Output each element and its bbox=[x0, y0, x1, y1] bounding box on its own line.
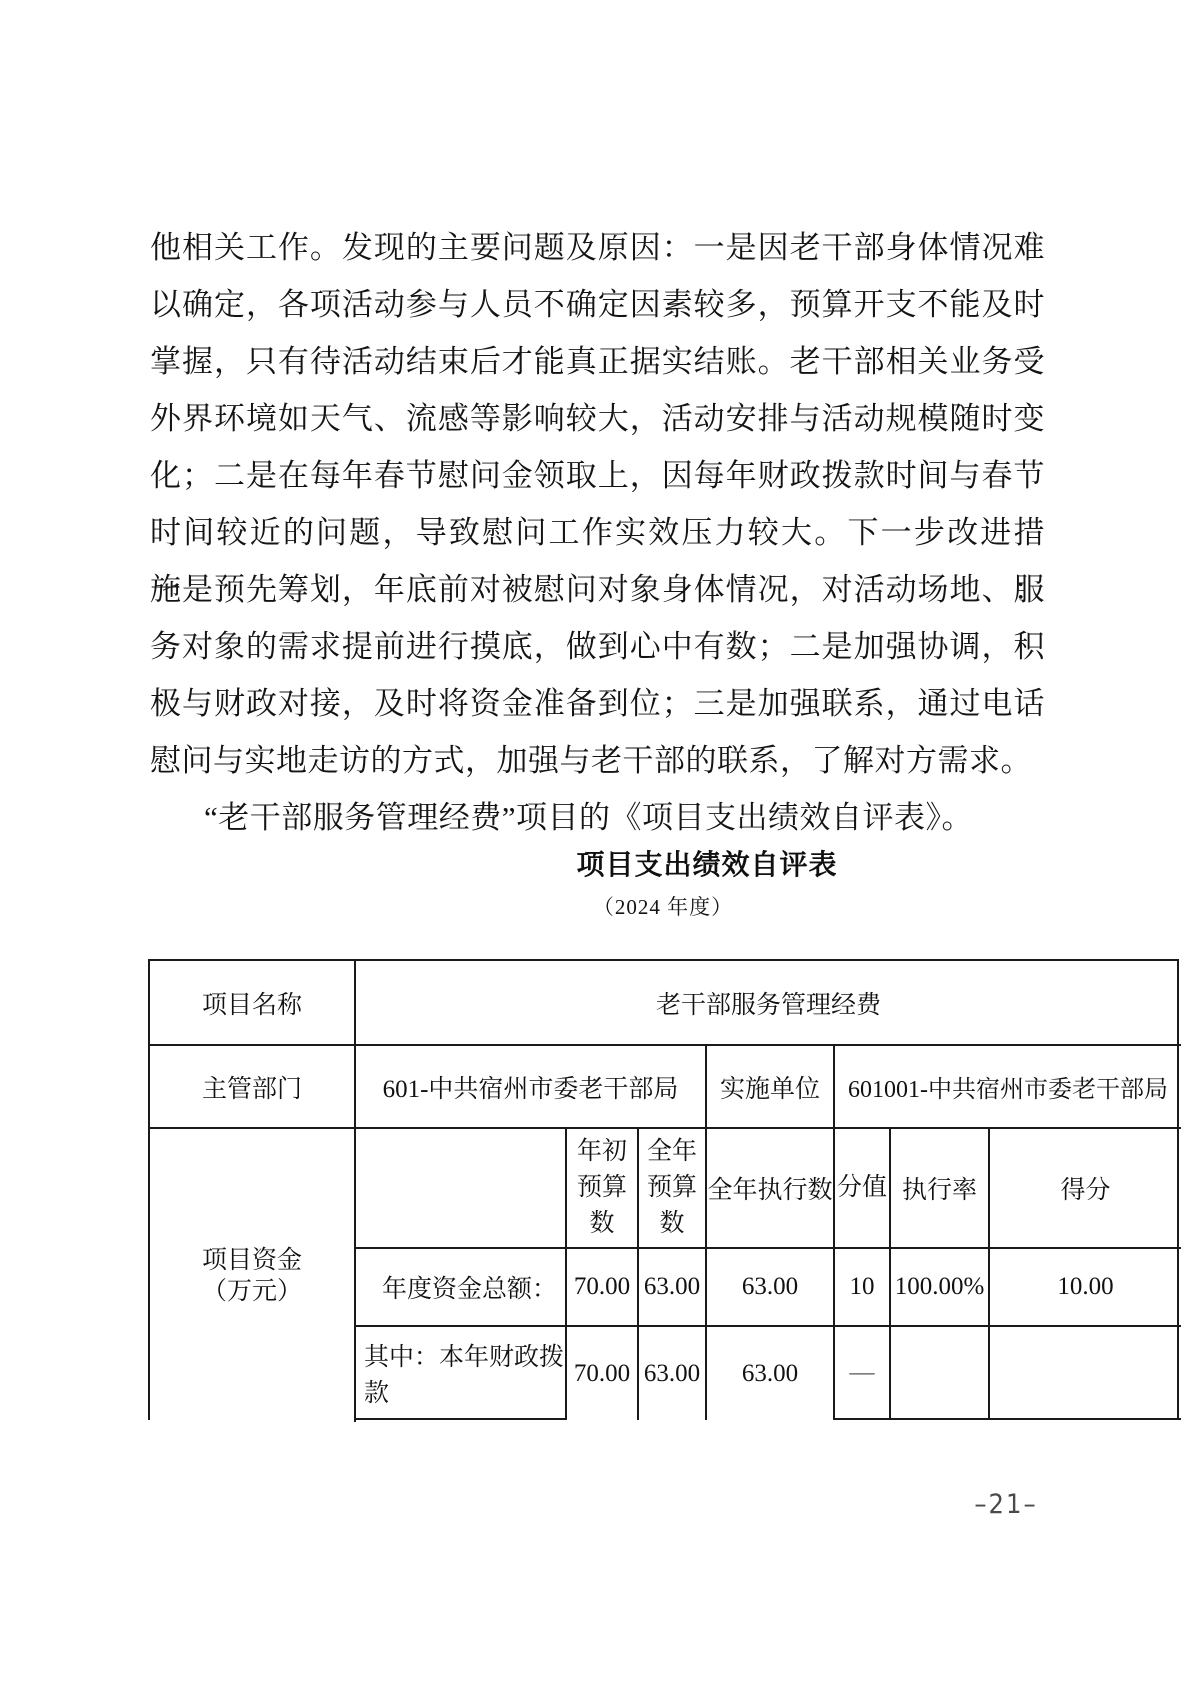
row-fiscal-weight: — bbox=[835, 1327, 891, 1420]
body-line: 务对象的需求提前进行摸底，做到心中有数；二是加强协调，积 bbox=[150, 618, 1045, 675]
cell-dept-value: 601-中共宿州市委老干部局 bbox=[356, 1046, 707, 1129]
row-total-score: 10.00 bbox=[990, 1249, 1181, 1327]
body-line: 极与财政对接，及时将资金准备到位；三是加强联系，通过电话 bbox=[150, 675, 1045, 732]
header-weight: 分值 bbox=[835, 1129, 891, 1249]
funds-label-line1: 项目资金 bbox=[202, 1245, 302, 1276]
row-total-rate: 100.00% bbox=[891, 1249, 990, 1327]
cell-blank-header bbox=[356, 1129, 567, 1249]
document-page: 他相关工作。发现的主要问题及原因：一是因老干部身体情况难 以确定，各项活动参与人… bbox=[0, 0, 1190, 1683]
body-line: 化；二是在每年春节慰问金领取上，因每年财政拨款时间与春节 bbox=[150, 447, 1045, 504]
cell-impl-unit-value: 601001-中共宿州市委老干部局 bbox=[835, 1046, 1181, 1129]
row-fiscal-label: 其中：本年财政拨款 bbox=[356, 1327, 567, 1420]
row-total-begin: 70.00 bbox=[567, 1249, 639, 1327]
funds-label-line2: （万元） bbox=[202, 1276, 302, 1307]
table-title: 项目支出绩效自评表 bbox=[576, 843, 837, 883]
cell-dept-label: 主管部门 bbox=[150, 1046, 356, 1129]
cell-impl-unit-label: 实施单位 bbox=[707, 1046, 835, 1129]
header-execution-rate: 执行率 bbox=[891, 1129, 990, 1249]
header-full-year-budget: 全年预算数 bbox=[639, 1129, 707, 1249]
body-line: 他相关工作。发现的主要问题及原因：一是因老干部身体情况难 bbox=[150, 219, 1045, 276]
header-begin-budget: 年初预算数 bbox=[567, 1129, 639, 1249]
row-fiscal-full: 63.00 bbox=[639, 1327, 707, 1420]
row-total-weight: 10 bbox=[835, 1249, 891, 1327]
body-line: 时间较近的问题，导致慰问工作实效压力较大。下一步改进措施： bbox=[150, 504, 1045, 561]
header-full-year-executed: 全年执行数 bbox=[707, 1129, 835, 1249]
page-number: –21– bbox=[974, 1489, 1037, 1520]
row-total-label: 年度资金总额： bbox=[356, 1249, 567, 1327]
body-paragraph: 他相关工作。发现的主要问题及原因：一是因老干部身体情况难 以确定，各项活动参与人… bbox=[150, 219, 1045, 846]
row-fiscal-rate bbox=[891, 1327, 990, 1420]
body-line: 外界环境如天气、流感等影响较大，活动安排与活动规模随时变 bbox=[150, 390, 1045, 447]
cell-project-funds-label: 项目资金 （万元） bbox=[150, 1129, 356, 1422]
body-line: 慰问与实地走访的方式，加强与老干部的联系，了解对方需求。 bbox=[150, 732, 1045, 789]
cell-project-name-value: 老干部服务管理经费 bbox=[356, 961, 1181, 1046]
cell-project-name-label: 项目名称 bbox=[150, 961, 356, 1046]
body-line: 掌握，只有待活动结束后才能真正据实结账。老干部相关业务受 bbox=[150, 333, 1045, 390]
row-total-full: 63.00 bbox=[639, 1249, 707, 1327]
self-evaluation-table: 项目名称 老干部服务管理经费 主管部门 601-中共宿州市委老干部局 实施单位 … bbox=[148, 959, 1179, 1420]
body-line: 以确定，各项活动参与人员不确定因素较多，预算开支不能及时 bbox=[150, 276, 1045, 333]
body-line: “老干部服务管理经费”项目的《项目支出绩效自评表》。 bbox=[150, 789, 1045, 846]
table-subtitle: （2024 年度） bbox=[593, 891, 733, 921]
row-fiscal-score bbox=[990, 1327, 1181, 1420]
row-fiscal-exec: 63.00 bbox=[707, 1327, 835, 1420]
row-total-exec: 63.00 bbox=[707, 1249, 835, 1327]
body-line: 一是预先筹划，年底前对被慰问对象身体情况，对活动场地、服 bbox=[150, 561, 1045, 618]
header-score: 得分 bbox=[990, 1129, 1181, 1249]
row-fiscal-begin: 70.00 bbox=[567, 1327, 639, 1420]
